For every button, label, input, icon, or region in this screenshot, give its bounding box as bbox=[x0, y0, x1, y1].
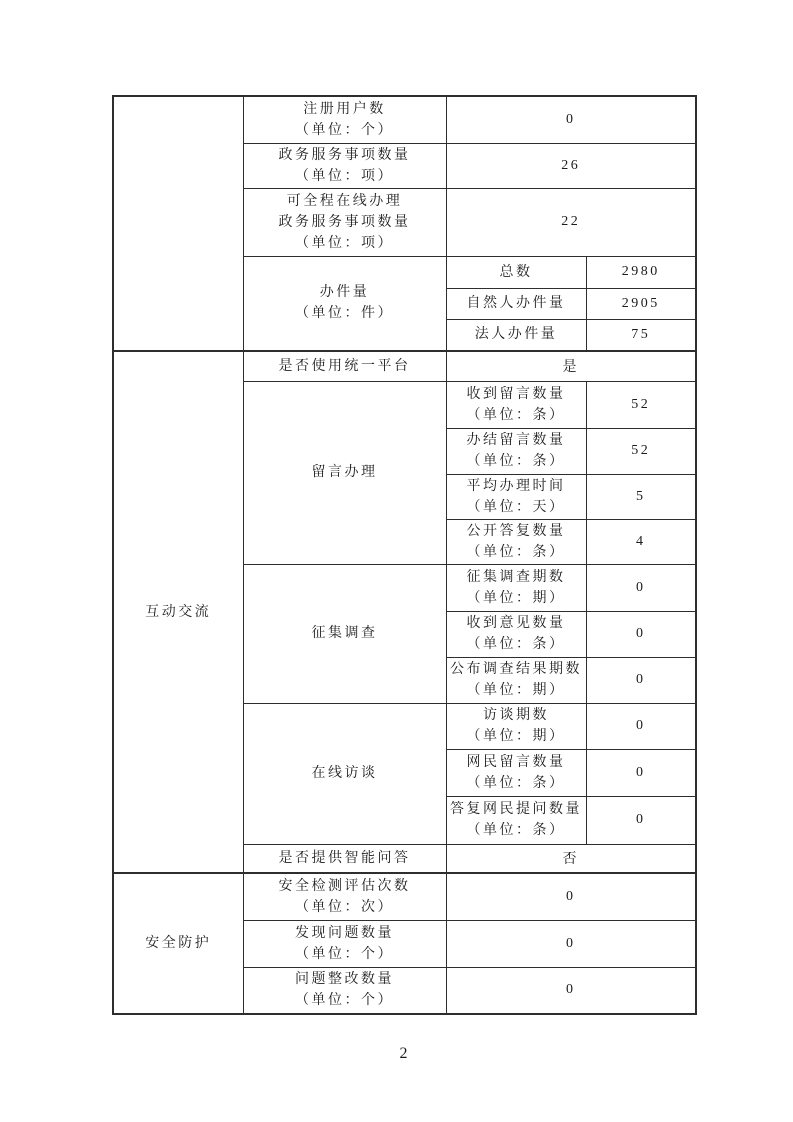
cell-text-line: 可全程在线办理 bbox=[246, 191, 444, 212]
item-group-cell: 留言办理 bbox=[243, 381, 446, 564]
item-group-cell: 办件量（单位：件） bbox=[243, 256, 446, 351]
cell-text-line: 是否使用统一平台 bbox=[246, 356, 444, 377]
sub-row-value-cell: 5 bbox=[586, 474, 696, 519]
cell-text-line: （单位：期） bbox=[449, 588, 584, 609]
row-value-cell: 26 bbox=[446, 143, 696, 188]
row-label-cell: 注册用户数（单位：个） bbox=[243, 96, 446, 143]
sub-row-label-cell: 公布调查结果期数（单位：期） bbox=[446, 657, 586, 703]
cell-text-line: 访谈期数 bbox=[449, 705, 584, 726]
cell-text-line: 政务服务事项数量 bbox=[246, 145, 444, 166]
cell-text-line: 收到留言数量 bbox=[449, 384, 584, 405]
row-label-cell: 安全检测评估次数（单位：次） bbox=[243, 873, 446, 920]
row-label-cell: 政务服务事项数量（单位：项） bbox=[243, 143, 446, 188]
cell-text-line: （单位：项） bbox=[246, 166, 444, 187]
sub-row-label-cell: 访谈期数（单位：期） bbox=[446, 703, 586, 749]
report-table: 注册用户数（单位：个）0政务服务事项数量（单位：项）26可全程在线办理政务服务事… bbox=[112, 95, 697, 1015]
cell-text-line: （单位：条） bbox=[449, 773, 584, 794]
section-group-label: 安全防护 bbox=[116, 933, 241, 954]
cell-text-line: 政务服务事项数量 bbox=[246, 212, 444, 233]
row-value-cell: 22 bbox=[446, 188, 696, 256]
sub-row-label-cell: 答复网民提问数量（单位：条） bbox=[446, 796, 586, 844]
cell-text-line: （单位：天） bbox=[449, 497, 584, 518]
cell-text-line: 征集调查期数 bbox=[449, 567, 584, 588]
row-label-cell: 可全程在线办理政务服务事项数量（单位：项） bbox=[243, 188, 446, 256]
row-value-cell: 是 bbox=[446, 351, 696, 381]
cell-text-line: 发现问题数量 bbox=[246, 923, 444, 944]
row-value-cell: 0 bbox=[446, 873, 696, 920]
row-label-cell: 是否提供智能问答 bbox=[243, 844, 446, 873]
cell-text-line: （单位：期） bbox=[449, 680, 584, 701]
sub-row-label-cell: 总数 bbox=[446, 256, 586, 288]
section-group-cell bbox=[113, 96, 243, 351]
sub-row-value-cell: 0 bbox=[586, 796, 696, 844]
page-number: 2 bbox=[112, 1045, 695, 1063]
cell-text-line: （单位：条） bbox=[449, 542, 584, 563]
sub-row-label-cell: 征集调查期数（单位：期） bbox=[446, 564, 586, 611]
sub-row-value-cell: 0 bbox=[586, 657, 696, 703]
cell-text-line: （单位：个） bbox=[246, 990, 444, 1011]
cell-text-line: 平均办理时间 bbox=[449, 476, 584, 497]
cell-text-line: （单位：次） bbox=[246, 897, 444, 918]
sub-row-value-cell: 0 bbox=[586, 611, 696, 657]
sub-row-label-cell: 法人办件量 bbox=[446, 319, 586, 351]
row-value-cell: 0 bbox=[446, 96, 696, 143]
cell-text-line: 问题整改数量 bbox=[246, 969, 444, 990]
sub-row-label-cell: 网民留言数量（单位：条） bbox=[446, 749, 586, 796]
cell-text-line: （单位：条） bbox=[449, 634, 584, 655]
section-group-label: 互动交流 bbox=[116, 602, 241, 623]
cell-text-line: 总数 bbox=[449, 262, 584, 283]
sub-row-value-cell: 2905 bbox=[586, 288, 696, 319]
sub-row-value-cell: 0 bbox=[586, 703, 696, 749]
cell-text-line: （单位：条） bbox=[449, 820, 584, 841]
cell-text-line: （单位：件） bbox=[246, 303, 444, 324]
cell-text-line: 法人办件量 bbox=[449, 324, 584, 345]
sub-row-value-cell: 2980 bbox=[586, 256, 696, 288]
section-group-cell: 安全防护 bbox=[113, 873, 243, 1014]
document-page: 注册用户数（单位：个）0政务服务事项数量（单位：项）26可全程在线办理政务服务事… bbox=[0, 0, 793, 1122]
cell-text-line: （单位：期） bbox=[449, 726, 584, 747]
sub-row-label-cell: 收到意见数量（单位：条） bbox=[446, 611, 586, 657]
table-row: 安全防护安全检测评估次数（单位：次）0 bbox=[113, 873, 696, 920]
row-label-cell: 是否使用统一平台 bbox=[243, 351, 446, 381]
sub-row-label-cell: 自然人办件量 bbox=[446, 288, 586, 319]
cell-text-line: 办结留言数量 bbox=[449, 430, 584, 451]
sub-row-label-cell: 办结留言数量（单位：条） bbox=[446, 428, 586, 474]
item-group-cell: 征集调查 bbox=[243, 564, 446, 703]
cell-text-line: （单位：个） bbox=[246, 120, 444, 141]
table-row: 互动交流是否使用统一平台是 bbox=[113, 351, 696, 381]
cell-text-line: 自然人办件量 bbox=[449, 293, 584, 314]
cell-text-line: 征集调查 bbox=[246, 623, 444, 644]
cell-text-line: 收到意见数量 bbox=[449, 613, 584, 634]
row-value-cell: 0 bbox=[446, 967, 696, 1014]
sub-row-label-cell: 公开答复数量（单位：条） bbox=[446, 519, 586, 564]
sub-row-value-cell: 0 bbox=[586, 564, 696, 611]
sub-row-value-cell: 75 bbox=[586, 319, 696, 351]
sub-row-label-cell: 平均办理时间（单位：天） bbox=[446, 474, 586, 519]
cell-text-line: 网民留言数量 bbox=[449, 752, 584, 773]
cell-text-line: 公布调查结果期数 bbox=[449, 659, 584, 680]
sub-row-value-cell: 52 bbox=[586, 381, 696, 428]
cell-text-line: 留言办理 bbox=[246, 462, 444, 483]
sub-row-value-cell: 52 bbox=[586, 428, 696, 474]
row-label-cell: 问题整改数量（单位：个） bbox=[243, 967, 446, 1014]
cell-text-line: 办件量 bbox=[246, 282, 444, 303]
cell-text-line: 注册用户数 bbox=[246, 99, 444, 120]
sub-row-label-cell: 收到留言数量（单位：条） bbox=[446, 381, 586, 428]
cell-text-line: （单位：项） bbox=[246, 233, 444, 254]
cell-text-line: 安全检测评估次数 bbox=[246, 876, 444, 897]
sub-row-value-cell: 4 bbox=[586, 519, 696, 564]
cell-text-line: （单位：个） bbox=[246, 944, 444, 965]
cell-text-line: 答复网民提问数量 bbox=[449, 799, 584, 820]
section-group-cell: 互动交流 bbox=[113, 351, 243, 873]
cell-text-line: 是否提供智能问答 bbox=[246, 848, 444, 869]
item-group-cell: 在线访谈 bbox=[243, 703, 446, 844]
table-row: 注册用户数（单位：个）0 bbox=[113, 96, 696, 143]
row-value-cell: 0 bbox=[446, 920, 696, 967]
cell-text-line: 公开答复数量 bbox=[449, 521, 584, 542]
cell-text-line: （单位：条） bbox=[449, 451, 584, 472]
row-label-cell: 发现问题数量（单位：个） bbox=[243, 920, 446, 967]
cell-text-line: 在线访谈 bbox=[246, 763, 444, 784]
row-value-cell: 否 bbox=[446, 844, 696, 873]
sub-row-value-cell: 0 bbox=[586, 749, 696, 796]
cell-text-line: （单位：条） bbox=[449, 405, 584, 426]
